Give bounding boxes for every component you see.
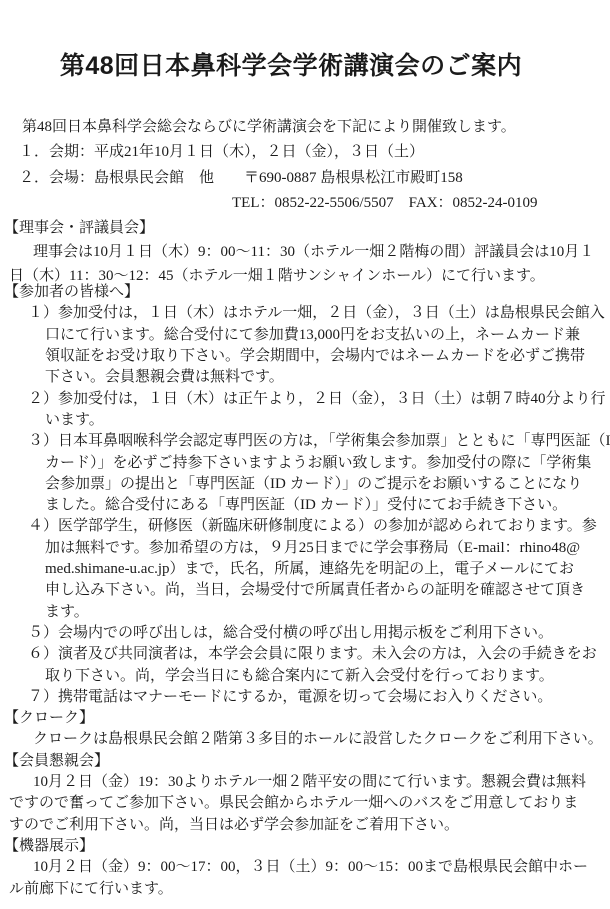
document-body: 第48回日本鼻科学会総会ならびに学術講演会を下記により開催致します。１．会期：平… [0, 115, 610, 900]
text-line: ます。 [4, 602, 610, 623]
section-heading: 【クローク】 [4, 708, 610, 729]
text-line: 会参加票」の提出と「専門医証（ID カード）」のご提示をお願いすることになり [4, 474, 610, 495]
text-line: ６）演者及び共同演者は，本学会会員に限ります。未入会の方は，入会の手続きをお [4, 644, 610, 665]
text-line: 取り下さい。尚，学会当日にも総合案内にて新入会受付を行っております。 [4, 666, 610, 687]
section-participants: 【参加者の皆様へ】１）参加受付は，１日（木）はホテル一畑，２日（金），３日（土）… [4, 282, 610, 708]
section-banquet: 【会員懇親会】10月２日（金）19：30よりホテル一畑２階平安の間にて行います。… [4, 751, 610, 836]
text-line: 申し込み下さい。尚，当日，会場受付で所属責任者からの証明を確認させて頂き [4, 580, 610, 601]
text-line: ４）医学部学生，研修医（新臨床研修制度による）の参加が認められております。参 [4, 516, 610, 537]
document-page: 第48回日本鼻科学会学術講演会のご案内 第48回日本鼻科学会総会ならびに学術講演… [0, 0, 610, 909]
text-line: ５）会場内での呼び出しは，総合受付横の呼び出し用掲示板をご利用下さい。 [4, 623, 610, 644]
section-intro: 第48回日本鼻科学会総会ならびに学術講演会を下記により開催致します。１．会期：平… [4, 115, 610, 216]
text-line: 10月２日（金）19：30よりホテル一畑２階平安の間にて行います。懇親会費は無料 [4, 772, 610, 793]
text-line: １）参加受付は，１日（木）はホテル一畑，２日（金），３日（土）は島根県民会館入 [4, 303, 610, 324]
section-heading: 【理事会・評議員会】 [4, 216, 610, 240]
text-line: ２．会場：島根県民会館 他 〒690-0887 島根県松江市殿町158 [4, 166, 610, 191]
document-title: 第48回日本鼻科学会学術講演会のご案内 [0, 51, 610, 81]
text-line: 加は無料です。参加希望の方は，９月25日までに学会事務局（E-mail：rhin… [4, 538, 610, 559]
text-line: 下さい。会員懇親会費は無料です。 [4, 367, 610, 388]
text-line: ３）日本耳鼻咽喉科学会認定専門医の方は，「学術集会参加票」とともに「専門医証（I… [4, 431, 610, 452]
text-line: 第48回日本鼻科学会総会ならびに学術講演会を下記により開催致します。 [4, 115, 610, 140]
text-line: ル前廊下にて行います。 [4, 879, 610, 900]
text-line: ７）携帯電話はマナーモードにするか，電源を切って会場にお入りください。 [4, 687, 610, 708]
section-heading: 【会員懇親会】 [4, 751, 610, 772]
text-line: 理事会は10月１日（木）9：00～11：30（ホテル一畑２階梅の間）評議員会は1… [4, 240, 610, 264]
section-cloakroom: 【クローク】クロークは島根県民会館２階第３多目的ホールに設営したクロークをご利用… [4, 708, 610, 751]
section-exhibition: 【機器展示】10月２日（金）9：00～17：00，３日（土）9：00～15：00… [4, 836, 610, 900]
text-line: すのでご利用下さい。尚，当日は必ず学会参加証をご着用下さい。 [4, 815, 610, 836]
text-line: med.shimane-u.ac.jp）まで，氏名，所属，連絡先を明記の上，電子… [4, 559, 610, 580]
text-line: カード）」を必ずご持参下さいますようお願い致します。参加受付の際に「学術集 [4, 453, 610, 474]
text-line: クロークは島根県民会館２階第３多目的ホールに設営したクロークをご利用下さい。 [4, 729, 610, 750]
text-line: １．会期：平成21年10月１日（木），２日（金），３日（土） [4, 140, 610, 165]
text-line: います。 [4, 410, 610, 431]
text-line: 領収証をお受け取り下さい。学会期間中，会場内ではネームカードを必ずご携帯 [4, 346, 610, 367]
text-line: ですので奮ってご参加下さい。県民会館からホテル一畑へのバスをご用意しておりま [4, 793, 610, 814]
text-line: ました。総合受付にある「専門医証（ID カード）」受付にてお手続き下さい。 [4, 495, 610, 516]
text-line: ２）参加受付は，１日（木）は正午より，２日（金），３日（土）は朝７時40分より行 [4, 389, 610, 410]
text-line: 口にて行います。総合受付にて参加費13,000円をお支払いの上，ネームカード兼 [4, 325, 610, 346]
text-line: 10月２日（金）9：00～17：00，３日（土）9：00～15：00まで島根県民… [4, 857, 610, 878]
section-heading: 【機器展示】 [4, 836, 610, 857]
section-board-council: 【理事会・評議員会】理事会は10月１日（木）9：00～11：30（ホテル一畑２階… [4, 216, 610, 288]
text-line: TEL：0852-22-5506/5507 FAX：0852-24-0109 [4, 191, 610, 216]
